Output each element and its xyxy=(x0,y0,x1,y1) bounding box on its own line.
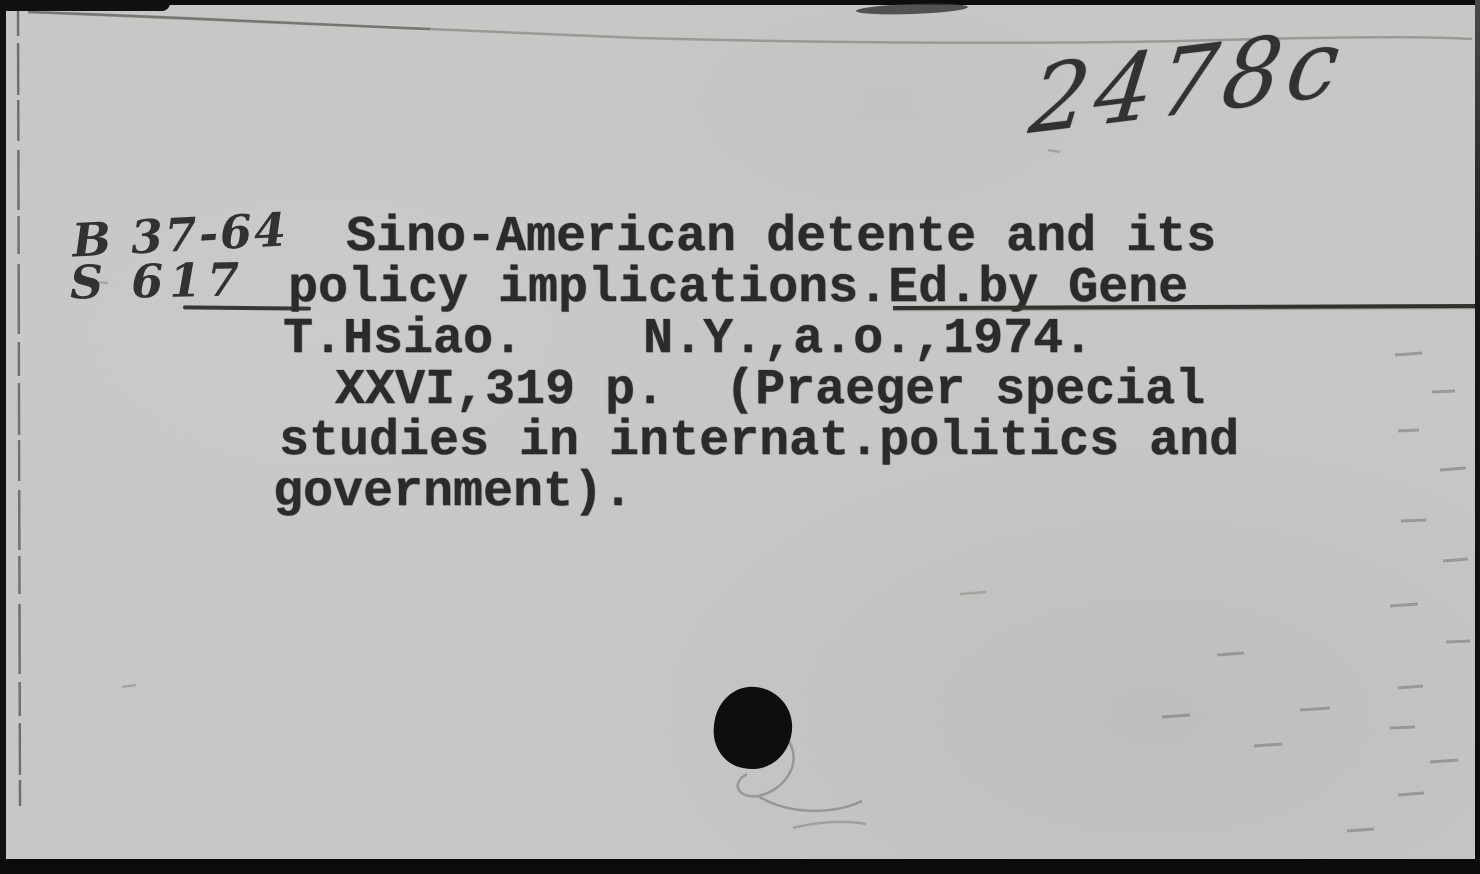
entry-title-line-1: Sino-American detente and its xyxy=(346,213,1216,263)
entry-series-line: studies in internat.politics and xyxy=(279,417,1239,467)
scan-edge-top xyxy=(0,0,1480,5)
call-number-line-2: S 617 xyxy=(70,254,246,307)
entry-imprint-line: T.Hsiao. N.Y.,a.o.,1974. xyxy=(283,315,1093,365)
entry-collation-line: XXVI,319 p. (Praeger special xyxy=(335,366,1205,416)
catalog-card-scan: 2478c B 37-64 S 617 Sino-American detent… xyxy=(0,0,1480,874)
scan-edge-top-blob xyxy=(0,0,170,11)
scan-edge-right xyxy=(1475,0,1480,874)
entry-series-end-line: government). xyxy=(273,468,633,518)
scan-edge-left xyxy=(0,0,6,874)
scan-edge-bottom xyxy=(0,859,1480,874)
